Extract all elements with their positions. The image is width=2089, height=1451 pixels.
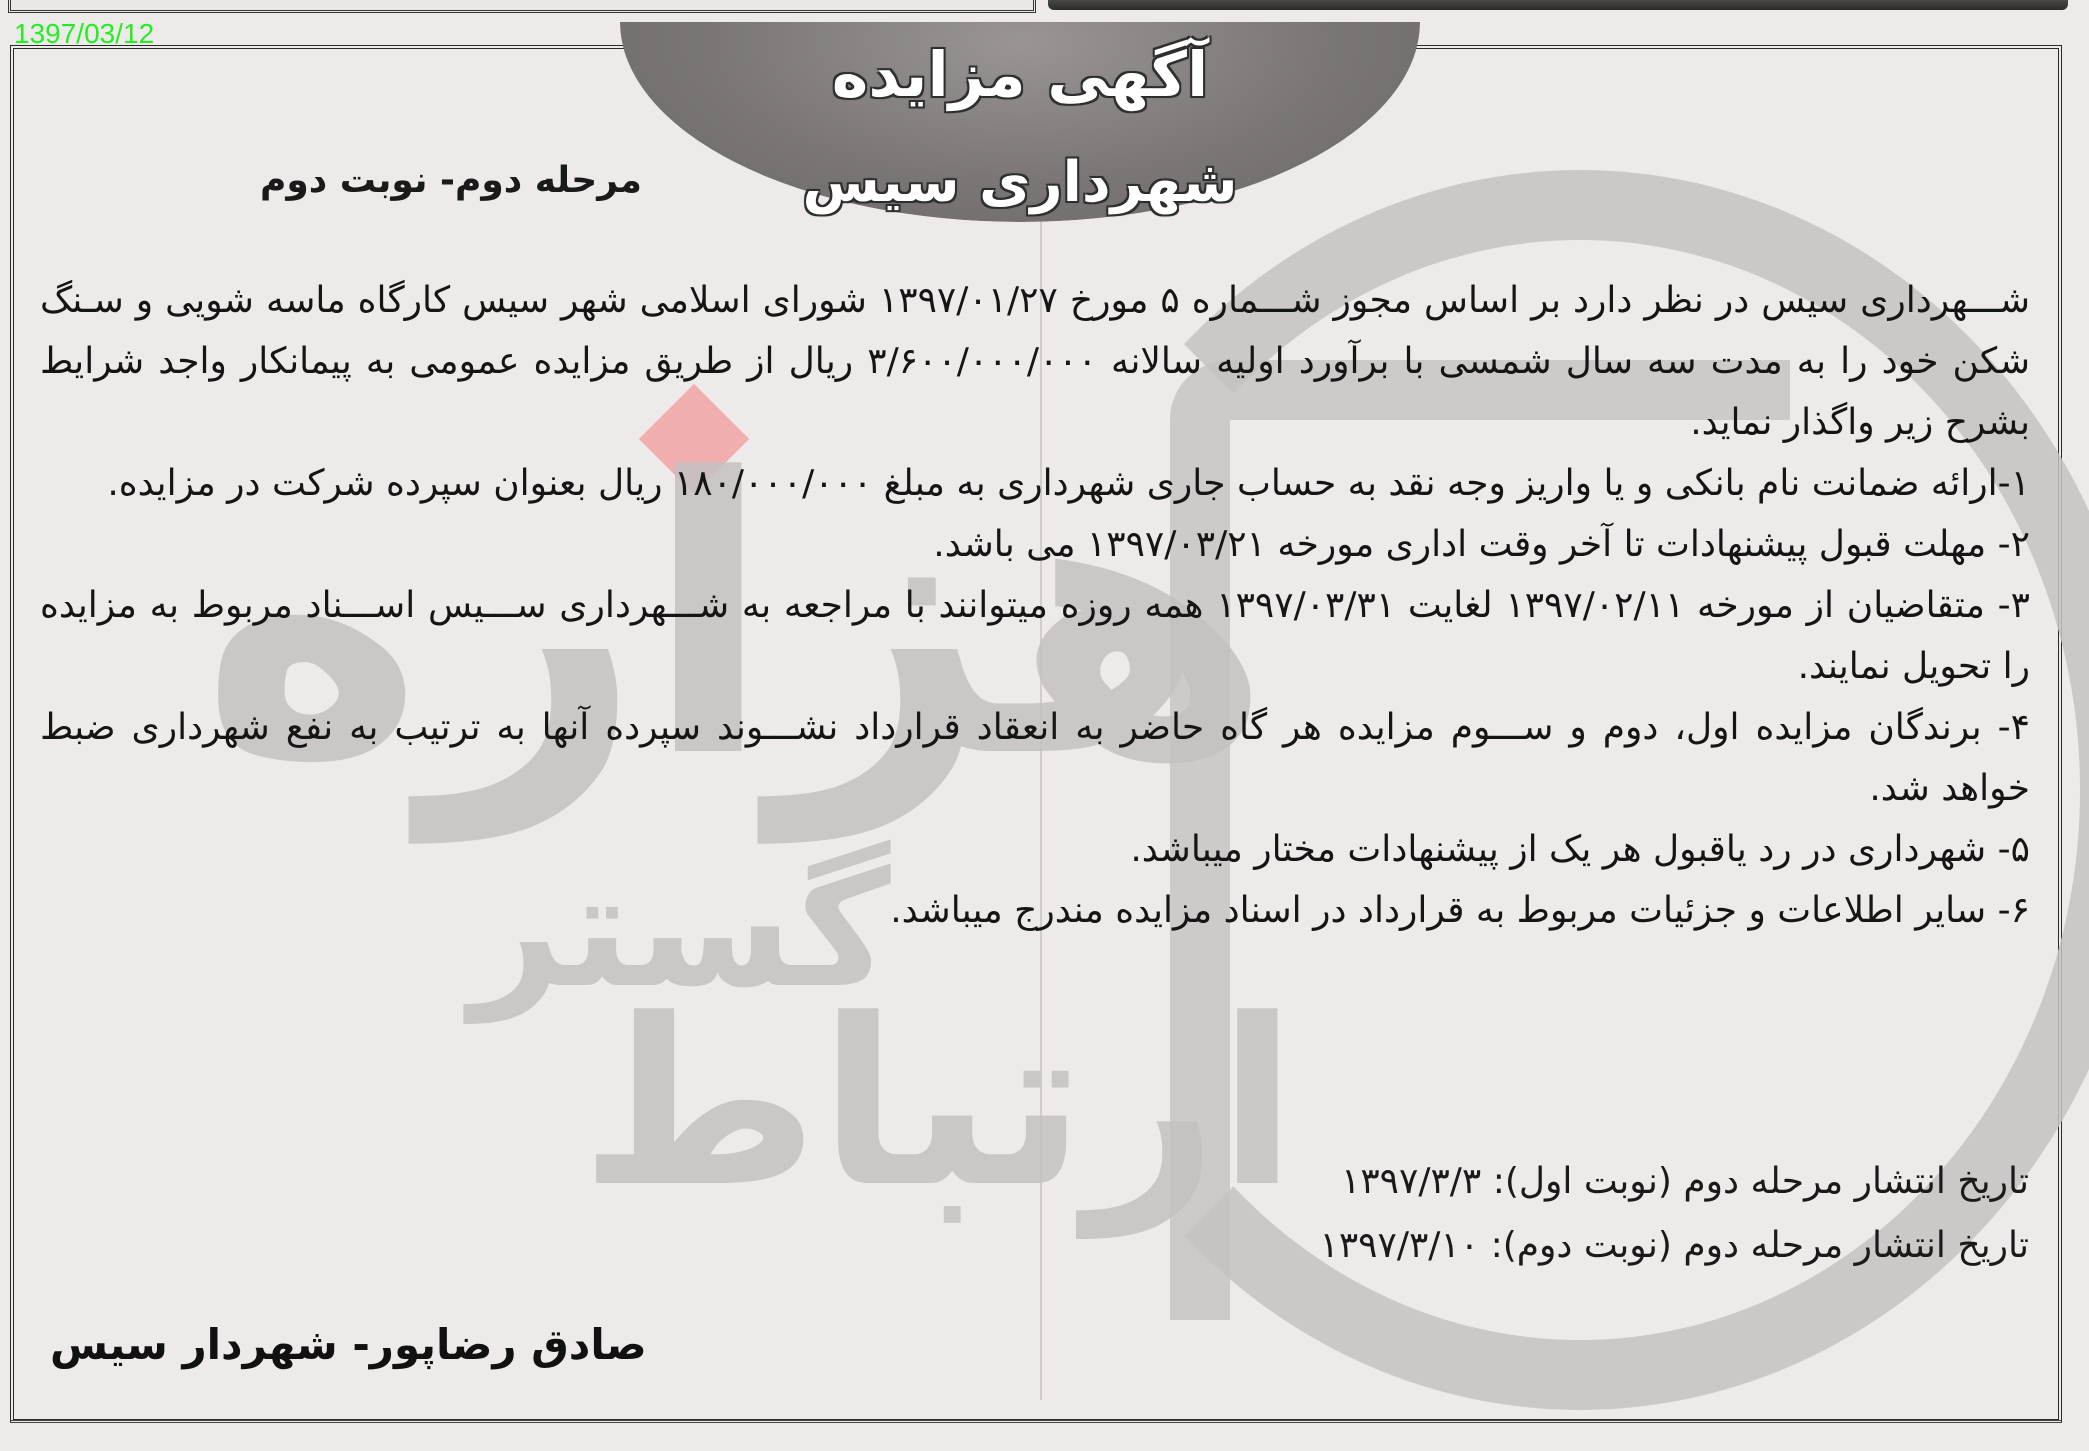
condition-item: ۵- شهرداری در رد یاقبول هر یک از پیشنهاد… <box>40 819 2030 880</box>
stage-label: مرحله دوم- نوبت دوم <box>260 160 642 201</box>
publication-date-row: تاریخ انتشار مرحله دوم (نوبت اول): ۱۳۹۷/… <box>1029 1150 2029 1214</box>
condition-item: ۳- متقاضیان از مورخه ۱۳۹۷/۰۲/۱۱ لغایت ۱۳… <box>40 575 2030 697</box>
condition-text: متقاضیان از مورخه ۱۳۹۷/۰۲/۱۱ لغایت ۱۳۹۷/… <box>40 585 2030 687</box>
publication-date-label: تاریخ انتشار مرحله دوم (نوبت دوم): <box>1491 1225 2029 1266</box>
condition-number: ۶ <box>2011 890 2030 931</box>
condition-item: ۲- مهلت قبول پیشنهادات تا آخر وقت اداری … <box>40 514 2030 575</box>
condition-item: ۴- برندگان مزایده اول، دوم و ســـوم مزای… <box>40 697 2030 819</box>
condition-text: شهرداری در رد یاقبول هر یک از پیشنهادات … <box>1130 829 1986 870</box>
publication-date-row: تاریخ انتشار مرحله دوم (نوبت دوم): ۱۳۹۷/… <box>1029 1214 2029 1278</box>
bottom-rule <box>10 1420 2062 1427</box>
condition-item: ۶- سایر اطلاعات و جزئیات مربوط به قراردا… <box>40 880 2030 941</box>
publication-date-value: ۱۳۹۷/۳/۳ <box>1341 1161 1481 1202</box>
condition-text: برندگان مزایده اول، دوم و ســـوم مزایده … <box>40 707 2030 809</box>
intro-paragraph: شـــهرداری سیس در نظر دارد بر اساس مجوز … <box>40 270 2030 453</box>
ad-subtitle: شهرداری سیس <box>620 150 1420 215</box>
signature: صادق رضاپور- شهردار سیس <box>50 1320 647 1369</box>
ad-body: شـــهرداری سیس در نظر دارد بر اساس مجوز … <box>40 270 2030 941</box>
condition-text: ارائه ضمانت نام بانکی و یا واریز وجه نقد… <box>107 463 1997 504</box>
previous-ad-box-bottom <box>8 0 1036 13</box>
condition-number: ۱ <box>2011 463 2030 504</box>
ad-title: آگهی مزایده <box>620 38 1420 111</box>
condition-text: سایر اطلاعات و جزئیات مربوط به قرارداد د… <box>890 890 1986 931</box>
condition-text: مهلت قبول پیشنهادات تا آخر وقت اداری مور… <box>933 524 1986 565</box>
publication-date-label: تاریخ انتشار مرحله دوم (نوبت اول): <box>1493 1161 2029 1202</box>
condition-item: ۱-ارائه ضمانت نام بانکی و یا واریز وجه ن… <box>40 453 2030 514</box>
condition-number: ۲ <box>2011 524 2030 565</box>
previous-ad-banner-bottom <box>1048 0 2068 10</box>
condition-number: ۳ <box>2011 585 2030 626</box>
top-strip <box>0 0 2089 14</box>
condition-number: ۵ <box>2011 829 2030 870</box>
publication-dates: تاریخ انتشار مرحله دوم (نوبت اول): ۱۳۹۷/… <box>1029 1150 2029 1278</box>
condition-number: ۴ <box>2011 707 2030 748</box>
publication-date-value: ۱۳۹۷/۳/۱۰ <box>1320 1225 1480 1266</box>
